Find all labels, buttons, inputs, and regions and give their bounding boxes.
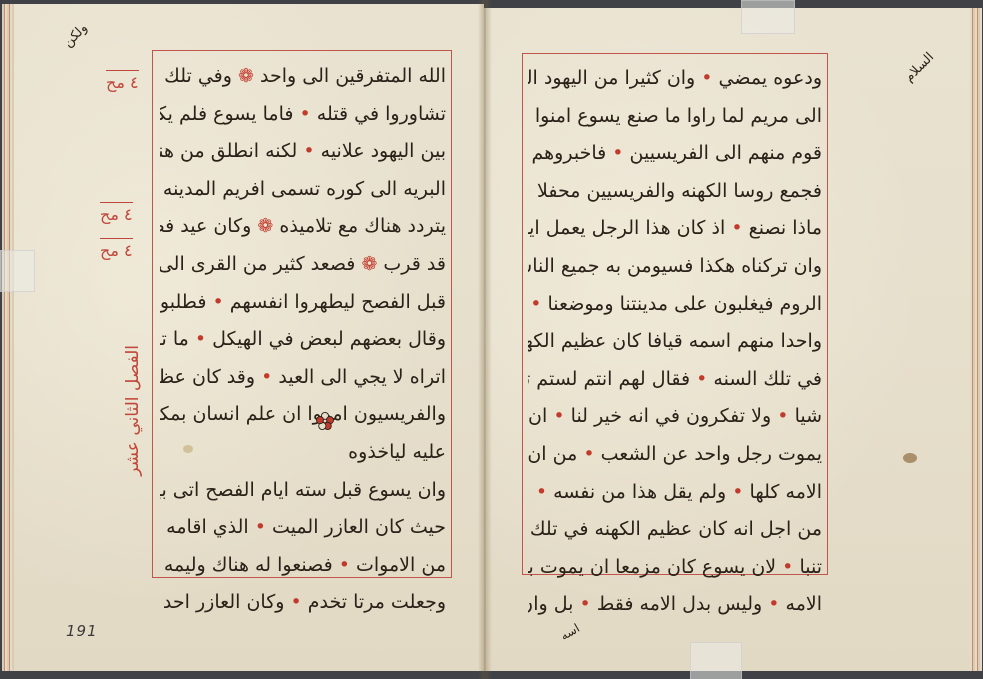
rubric-mark-icon: • [782, 556, 793, 578]
rubric-mark-icon: • [195, 328, 206, 350]
rubric-mark-icon: ❁ [361, 253, 377, 275]
text-line: قوم منهم الى الفريسيين • فاخبروهم بكلما … [528, 135, 822, 173]
rubric-mark-icon: • [583, 443, 594, 465]
text-line: تشاوروا في قتله • فاما يسوع فلم يكن يمشي [160, 96, 446, 134]
rubric-mark-icon: • [701, 67, 712, 89]
rubric-mark-icon: • [553, 405, 564, 427]
text-line: يموت رجل واحد عن الشعب • من ان تهلك [528, 436, 822, 474]
rubric-mark-icon: • [612, 142, 623, 164]
rubric-mark-icon: • [731, 217, 742, 239]
text-line: وان تركناه هكذا فسيومن به جميع الناس • و… [528, 248, 822, 286]
left-text-block: الله المتفرقين الى واحد ❁ وفي تلك الساعه… [160, 58, 446, 622]
text-line: ودعوه يمضي • وان كثيرا من اليهود الذين ج… [528, 60, 822, 98]
text-line: وجعلت مرتا تخدم • وكان العازر احد المتكئ… [160, 584, 446, 622]
margin-note-3: ٤ مح [100, 238, 133, 260]
rubric-mark-icon: ❁ [257, 215, 273, 237]
text-line: فجمع روسا الكهنه والفريسيين محفلا • وقال… [528, 173, 822, 211]
text-line: وقال بعضهم لبعض في الهيكل • ما تظنون [160, 321, 446, 359]
rubric-mark-icon: • [777, 405, 788, 427]
rubric-mark-icon: • [530, 293, 541, 315]
rubric-mark-icon: • [732, 481, 743, 503]
text-line: من الاموات • فصنعوا له هناك وليمه • [160, 547, 446, 585]
rubric-mark-icon: ❁ [238, 65, 254, 87]
text-line: قبل الفصح ليطهروا انفسهم • فطلبوا يسوع [160, 284, 446, 322]
text-line: بين اليهود علانيه • لكنه انطلق من هناك ا… [160, 133, 446, 171]
rubric-mark-icon: • [528, 180, 531, 202]
margin-note-1: ٤ مح [106, 70, 139, 92]
text-line: الامه كلها • ولم يقل هذا من نفسه • لكن [528, 474, 822, 512]
ink-stain [903, 453, 917, 463]
conservation-tab-top [741, 0, 795, 34]
chapter-heading: الفصل الثاني عشر [123, 345, 143, 455]
text-line: تنبا • لان يسوع كان مزمعا ان يموت بدل [528, 549, 822, 587]
folio-number: 191 [66, 622, 98, 640]
rubric-mark-icon: • [579, 593, 590, 615]
rubric-mark-icon: • [768, 593, 779, 615]
conservation-tab-left [0, 250, 35, 292]
text-line: الله المتفرقين الى واحد ❁ وفي تلك الساعه [160, 58, 446, 96]
book-gutter [478, 0, 492, 679]
text-line: البريه الى كوره تسمى افريم المدينه • وكا… [160, 171, 446, 209]
text-line: اتراه لا يجي الى العيد • وقد كان عظما ال… [160, 359, 446, 397]
text-line: يتردد هناك مع تلاميذه ❁ وكان عيد فصح الي… [160, 208, 446, 246]
text-line: الروم فيغلبون على مدينتنا وموضعنا • وان [528, 286, 822, 324]
text-line: من اجل انه كان عظيم الكهنه في تلك السنه [528, 511, 822, 549]
manuscript-spread: ولكن ٤ مح ٤ مح ٤ مح الفصل الثاني عشر 191… [0, 0, 983, 679]
rosette-divider-icon [316, 412, 334, 430]
rubric-mark-icon: • [303, 140, 314, 162]
text-line: عليه لياخذوه [160, 434, 446, 472]
text-line: واحدا منهم اسمه قيافا كان عظيم الكهنه [528, 323, 822, 361]
text-line: ماذا نصنع • اذ كان هذا الرجل يعمل ايات ك… [528, 210, 822, 248]
conservation-tab-bottom [690, 642, 742, 679]
right-text-block: ودعوه يمضي • وان كثيرا من اليهود الذين ج… [528, 60, 822, 624]
rubric-mark-icon: • [255, 516, 266, 538]
text-line: الى مريم لما راوا ما صنع يسوع امنوا به •… [528, 98, 822, 136]
text-line: حيث كان العازر الميت • الذي اقامه يسوع [160, 509, 446, 547]
margin-note-2: ٤ مح [100, 202, 133, 224]
rubric-mark-icon: • [300, 103, 311, 125]
rubric-mark-icon: • [696, 368, 707, 390]
rubric-mark-icon: • [290, 591, 301, 613]
text-line: قد قرب ❁ فصعد كثير من القرى الى اورشليم [160, 246, 446, 284]
text-line: في تلك السنه • فقال لهم انتم لستم تعرفون [528, 361, 822, 399]
rubric-mark-icon: • [213, 291, 224, 313]
text-line: والفريسيون امروا ان علم انسان بمكانه فيد… [160, 396, 446, 434]
rubric-mark-icon: • [536, 481, 547, 503]
text-line: الامه • وليس بدل الامه فقط • بل وان يجمع… [528, 586, 822, 624]
text-line: وان يسوع قبل سته ايام الفصح اتى بيت عنيا [160, 472, 446, 510]
rubric-mark-icon: • [339, 554, 350, 576]
rubric-mark-icon: • [261, 366, 272, 388]
text-line: شيا • ولا تفكرون في انه خير لنا • ان [528, 398, 822, 436]
